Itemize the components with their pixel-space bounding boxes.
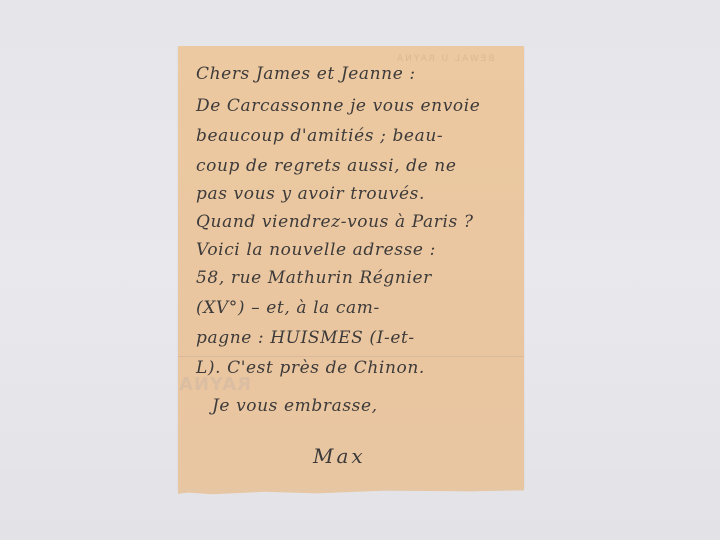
letter-line: Quand viendrez-vous à Paris ? <box>196 212 474 232</box>
letter-line: beaucoup d'amitiés ; beau- <box>196 126 443 146</box>
letter-line: De Carcassonne je vous envoie <box>196 96 480 116</box>
address-line: pagne : HUISMES (I-et- <box>196 328 415 348</box>
address-line: 58, rue Mathurin Régnier <box>196 268 432 288</box>
address-line: (XV°) – et, à la cam- <box>196 298 380 318</box>
letter-line: L). C'est près de Chinon. <box>196 358 425 378</box>
signature: Max <box>313 444 366 468</box>
letterhead-bleed-top: BEWAL U RAYNA <box>395 54 494 64</box>
salutation: Chers James et Jeanne : <box>196 64 416 84</box>
torn-edge <box>178 487 524 495</box>
letter-line: Voici la nouvelle adresse : <box>196 240 436 260</box>
fold-line <box>178 356 524 357</box>
letter-line: coup de regrets aussi, de ne <box>196 156 457 176</box>
letter-line: pas vous y avoir trouvés. <box>196 184 425 204</box>
letter-paper: BEWAL U RAYNA RAYNA Chers James et Jeann… <box>178 46 524 489</box>
closing: Je vous embrasse, <box>212 396 378 416</box>
